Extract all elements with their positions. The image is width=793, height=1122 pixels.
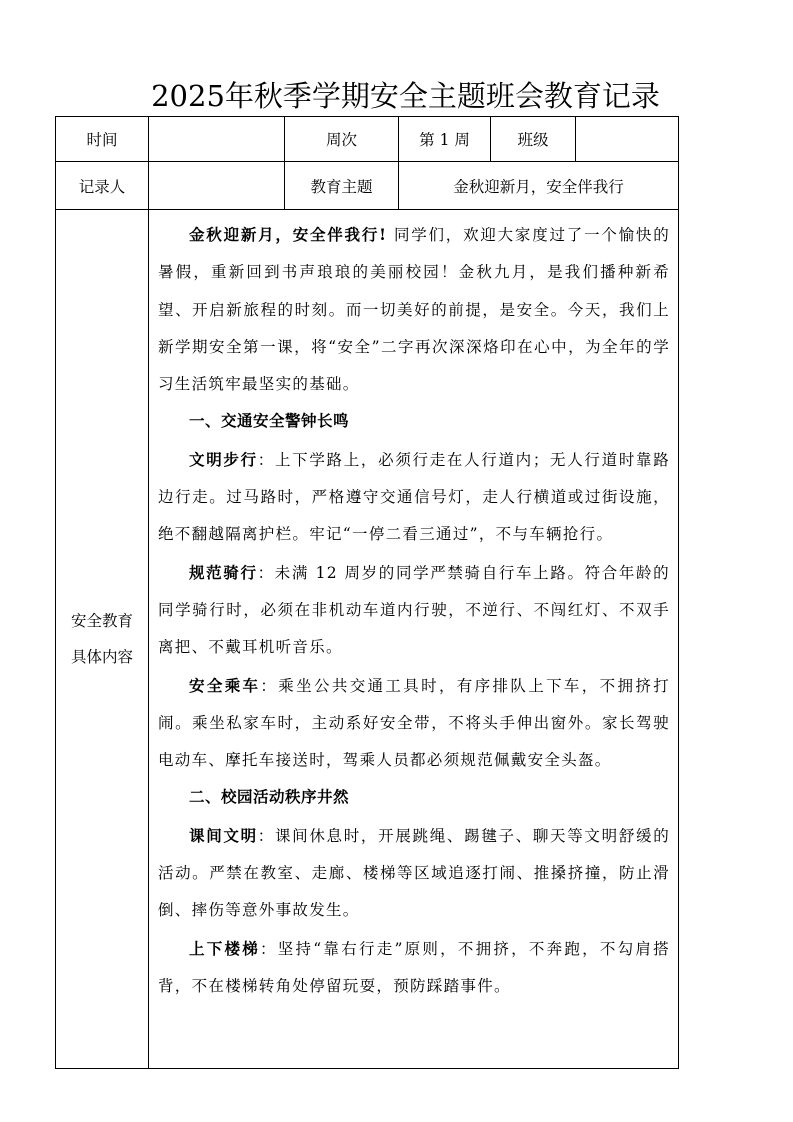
item-cycling: 规范骑行：未满 12 周岁的同学严禁骑自行车上路。符合年龄的同学骑行时，必须在非… xyxy=(158,554,670,667)
time-value[interactable] xyxy=(149,117,285,162)
week-value[interactable]: 第 1 周 xyxy=(399,117,491,162)
recorder-label: 记录人 xyxy=(56,162,149,210)
content-label-line1: 安全教育 xyxy=(56,603,148,639)
content-row: 安全教育 具体内容 金秋迎新月，安全伴我行! 同学们，欢迎大家度过了一个愉快的暑… xyxy=(56,210,679,1069)
info-row-1: 时间 周次 第 1 周 班级 xyxy=(56,117,679,162)
class-value[interactable] xyxy=(576,117,679,162)
week-label: 周次 xyxy=(285,117,399,162)
item-walking: 文明步行：上下学路上，必须行走在人行道内；无人行道时靠路边行走。过马路时，严格遵… xyxy=(158,441,670,554)
time-label: 时间 xyxy=(56,117,149,162)
content-body[interactable]: 金秋迎新月，安全伴我行! 同学们，欢迎大家度过了一个愉快的暑假，重新回到书声琅琅… xyxy=(149,210,679,1069)
section-heading-campus: 二、校园活动秩序井然 xyxy=(158,779,670,816)
info-row-2: 记录人 教育主题 金秋迎新月，安全伴我行 xyxy=(56,162,679,210)
intro-text: 同学们，欢迎大家度过了一个愉快的暑假，重新回到书声琅琅的美丽校园！金秋九月，是我… xyxy=(158,226,670,393)
recorder-value[interactable] xyxy=(149,162,285,210)
section-heading-traffic: 一、交通安全警钟长鸣 xyxy=(158,403,670,440)
item-walking-title: 文明步行 xyxy=(189,450,258,469)
class-label: 班级 xyxy=(491,117,576,162)
item-stairs: 上下楼梯：坚持“靠右行走”原则，不拥挤，不奔跑，不勾肩搭背，不在楼梯转角处停留玩… xyxy=(158,930,670,1006)
theme-label: 教育主题 xyxy=(285,162,399,210)
content-label: 安全教育 具体内容 xyxy=(56,210,149,1069)
document-title: 2025年秋季学期安全主题班会教育记录 xyxy=(0,76,793,116)
item-break: 课间文明：课间休息时，开展跳绳、踢毽子、聊天等文明舒缓的活动。严禁在教室、走廊、… xyxy=(158,817,670,930)
intro-paragraph: 金秋迎新月，安全伴我行! 同学们，欢迎大家度过了一个愉快的暑假，重新回到书声琅琅… xyxy=(158,216,670,403)
item-riding: 安全乘车：乘坐公共交通工具时，有序排队上下车，不拥挤打闹。乘坐私家车时，主动系好… xyxy=(158,667,670,780)
item-cycling-title: 规范骑行 xyxy=(189,563,258,582)
record-table: 时间 周次 第 1 周 班级 记录人 教育主题 金秋迎新月，安全伴我行 安全教育… xyxy=(55,116,679,1069)
theme-value[interactable]: 金秋迎新月，安全伴我行 xyxy=(399,162,679,210)
content-label-line2: 具体内容 xyxy=(56,639,148,675)
item-stairs-title: 上下楼梯 xyxy=(189,939,260,958)
intro-bold: 金秋迎新月，安全伴我行! xyxy=(189,225,387,244)
item-riding-title: 安全乘车 xyxy=(189,676,260,695)
item-break-title: 课间文明 xyxy=(189,826,258,845)
